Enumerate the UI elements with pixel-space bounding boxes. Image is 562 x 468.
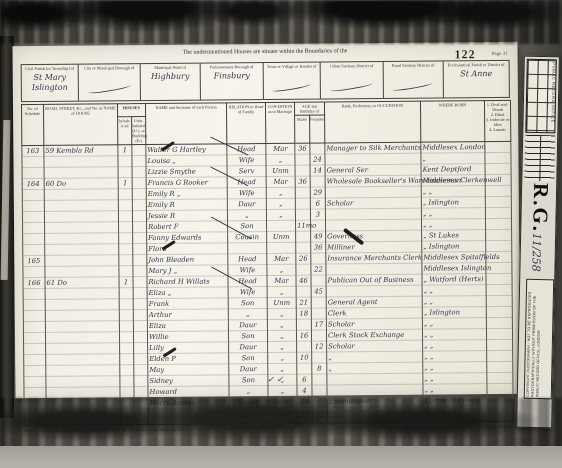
cell-infirm [485,208,511,219]
cell-inhabited [120,376,134,387]
cell-name: Howard [148,386,229,398]
col-header-infirmities: 1. Deaf-and-Dumb 2. Blind 3. Imbecile or… [484,100,510,141]
cell-where_born: „ „ [422,285,486,297]
cell-name: Willie [147,331,228,343]
cell-infirm [486,285,512,296]
public-record-office-label: PUBLIC RECORD OFFICE [550,62,556,123]
cell-where_born: „ St Lukes [422,230,486,242]
cell-age_male [297,341,312,352]
cell-road: 60 Do [44,178,118,190]
cell-inhabited [119,266,133,277]
cell-age_female [311,330,326,341]
cell-road [45,321,119,333]
cell-age_male: 10 [297,352,312,363]
district-value: Highbury [141,72,200,83]
cell-where_born: „ „ [422,329,486,341]
cell-road [45,288,119,300]
cell-condition: Mar [267,275,296,286]
strike-mark [392,80,434,92]
cell-road [45,255,119,267]
cell-relation: Wife [227,155,266,166]
cell-road [45,222,119,234]
strike-mark [87,83,130,95]
cell-condition: Unm [267,231,296,242]
cell-inhabited [119,255,133,266]
cell-name: Eliza „ [147,287,228,299]
cell-age_male [297,363,312,374]
cell-name: Sidney [148,375,229,387]
cell-inhabited: 1 [118,178,132,189]
cell-condition: „ [268,341,297,352]
cell-road [46,387,120,399]
cell-name: Walter G Hartley [146,144,227,156]
cell-uninhabited [133,222,147,233]
cell-name: Emily R „ [146,188,227,200]
cell-age_female: 17 [311,319,326,330]
cell-where_born: „ „ [423,362,487,374]
cell-occupation: Insurance Merchants Clerk [326,252,422,264]
col-header-schedule: No. of Schedule [21,104,43,145]
cell-name: Richard H Willats [147,276,228,288]
reference-number: 11/258 [529,233,543,272]
infirmity-line: 3. Imbecile or Idiot [485,117,510,127]
cell-where_born: Middlesex Spitalfields [422,252,486,264]
cell-uninhabited [133,288,147,299]
cell-infirm [486,274,512,285]
cell-inhabited [120,365,134,376]
cell-age_male: 36 [295,176,310,187]
folio-number: 122 [455,47,476,62]
cell-schedule [23,289,45,300]
cell-where_born: „ Islington [421,197,485,209]
cell-occupation [327,373,423,385]
cell-schedule [23,267,45,278]
cell-name: Mary J „ [147,265,228,277]
cell-schedule: 165 [23,256,45,267]
district-value: St Anne [444,69,509,80]
cell-infirm [487,340,513,351]
census-table-header: No. of Schedule ROAD, STREET, &c., and N… [21,100,510,145]
cell-condition: „ [267,308,296,319]
cell-age_male: 11mo [296,220,311,231]
cell-uninhabited [133,233,147,244]
col-header-age-group: AGE last Birthday of [294,102,324,115]
cell-age_male [296,319,311,330]
cell-relation: Son [228,298,267,309]
cell-relation: „ [229,386,268,397]
scan-smudge-top [0,0,562,44]
cell-inhabited [120,343,134,354]
col-header-relation: RELATION to Head of Family [226,103,265,145]
cell-infirm [485,153,511,164]
cell-name: Elden P [148,353,229,365]
cell-age_female: 6 [310,198,325,209]
cell-infirm [486,296,512,307]
cell-name: Eliza [147,320,228,332]
page-number-label: Page 31 [492,52,508,57]
cell-relation: Daur [229,364,268,375]
cell-uninhabited [132,189,146,200]
cell-where_born: „ „ [422,318,486,330]
cell-relation: Son [228,221,267,232]
district-box: Municipal Ward ofHighbury [141,64,201,101]
cell-condition: „ [266,187,295,198]
cell-inhabited [120,387,134,398]
cell-road [45,332,119,344]
cell-infirm [487,362,513,373]
cell-road [44,189,118,201]
strike-mark [329,81,373,93]
cell-name: John Bleaden [147,254,228,266]
district-box: Parliamentary Borough ofFinsbury [201,63,264,100]
col-header-uninhabited: Unin-habited (U.), or Building (B.) [132,117,146,145]
cell-age_male: 36 [295,143,310,154]
cell-road [46,343,120,355]
cell-age_male: 6 [297,374,312,385]
cell-age_female: 3 [310,209,325,220]
cell-occupation [325,208,421,220]
cell-relation: Son [229,375,268,386]
cell-where_born: „ [421,153,485,165]
district-label: Civil Parish [or Township] of [22,66,78,72]
cell-condition: „ [268,385,297,396]
cell-where_born: „ Islington [422,307,486,319]
cell-relation: Son [229,353,268,364]
cell-schedule: 163 [22,146,44,157]
cell-inhabited [119,299,133,310]
cell-age_male [296,286,311,297]
district-label: Urban Sanitary District of [321,63,383,69]
cell-age_male: 16 [296,330,311,341]
district-grid: Civil Parish [or Township] ofSt Mary Isl… [21,60,510,102]
cell-uninhabited [133,277,147,288]
cell-age_female: 45 [311,286,326,297]
cell-infirm [486,318,512,329]
cell-name: Emily R [146,199,227,211]
cell-infirm [487,384,513,395]
cell-schedule [23,234,45,245]
cell-age_female [311,297,326,308]
cell-age_female [310,143,325,154]
cell-age_female [311,253,326,264]
cell-occupation [325,153,421,165]
col-header-road: ROAD, STREET, &c., and No. or NAME of HO… [43,104,117,146]
cell-relation: „ [228,309,267,320]
cell-uninhabited [133,299,147,310]
cell-road [45,233,119,245]
cell-infirm [485,219,511,230]
cell-age_male [295,198,310,209]
cell-where_born: Middlesex Islington [422,263,486,275]
cell-age_male [296,264,311,275]
cell-schedule [24,355,46,366]
cell-infirm [486,329,512,340]
cell-age_male: 18 [296,308,311,319]
cell-uninhabited [132,178,146,189]
cell-occupation: Publican Out of Business [326,274,422,286]
col-header-age-females: Females [310,115,325,143]
cell-uninhabited [134,365,148,376]
cell-name: Frank [147,298,228,310]
cell-schedule [23,300,45,311]
cell-road [44,156,118,168]
cell-uninhabited [133,255,147,266]
cell-road [44,211,118,223]
cell-schedule: 166 [23,278,45,289]
cell-relation [228,243,267,254]
cell-infirm [485,142,511,153]
cell-relation: Wife [227,188,266,199]
cell-age_female [312,352,327,363]
cell-uninhabited [133,266,147,277]
cell-occupation: „ [327,351,423,363]
cell-inhabited [119,321,133,332]
cell-inhabited [120,354,134,365]
cell-uninhabited [133,321,147,332]
cell-uninhabited [132,167,146,178]
cell-road [45,266,119,278]
archive-reference-strip: PUBLIC RECORD OFFICE R.G. 11/258 COPYRIG… [516,56,560,429]
district-box: Urban Sanitary District of [321,62,384,99]
district-label: Parliamentary Borough of [201,64,263,70]
cell-occupation: General Ser [325,164,421,176]
cell-infirm [486,307,512,318]
cell-age_male: 21 [296,297,311,308]
cell-relation: Head [228,254,267,265]
cell-condition: Mar [267,253,296,264]
district-label: City or Municipal Borough of [79,65,140,71]
cell-condition: Unm [267,297,296,308]
infirmity-line: 1. Deaf-and-Dumb [485,102,510,112]
col-header-condition: CON-DITION as to Marriage [265,102,294,143]
cell-infirm [485,164,511,175]
district-label: Town or Village or Hamlet of [264,64,320,70]
district-value: St Mary Islington [22,73,78,93]
cell-condition: Mar [266,143,295,154]
district-label: Municipal Ward of [141,65,200,71]
cell-condition: „ [266,209,295,220]
cell-uninhabited [132,156,146,167]
cell-road [45,310,119,322]
cell-uninhabited [134,387,148,398]
cell-occupation: Manager to Silk Merchants [325,142,421,154]
cell-name: Arthur [147,309,228,321]
cell-occupation: Clerk Stock Exchange [326,329,422,341]
cell-infirm [487,351,513,362]
scan-lower-margin [0,446,562,468]
cell-where_born: „ Islington [422,241,486,253]
cell-name: Lilly [148,342,229,354]
district-box: Ecclesiastical Parish or District ofSt A… [444,61,510,98]
cell-uninhabited [134,376,148,387]
cell-occupation [326,263,422,275]
district-value: Finsbury [201,71,263,82]
cell-where_born: Kent Deptford [421,164,485,176]
cell-uninhabited [133,244,147,255]
district-label: Ecclesiastical Parish or District of [444,62,509,68]
cell-uninhabited [134,343,148,354]
cell-schedule [22,190,44,201]
cell-age_female [312,374,327,385]
cell-condition: Mar [266,176,295,187]
cell-where_born: „ „ [423,340,487,352]
cell-occupation [327,384,423,396]
cell-age_female: 49 [311,231,326,242]
cell-age_male: 46 [296,275,311,286]
cell-relation: „ [227,210,266,221]
cell-where_born: „ „ [423,373,487,385]
cell-where_born: Middlesex Clerkenwell [421,175,485,187]
cell-inhabited [119,288,133,299]
cell-where_born: „ „ [422,296,486,308]
cell-schedule [23,245,45,256]
cell-inhabited [119,222,133,233]
cell-name: Francis G Rooker [146,177,227,189]
cell-schedule [23,311,45,322]
cell-occupation: Governess [326,230,422,242]
cell-age_female: 8 [312,363,327,374]
cell-name: Robert F [147,221,228,233]
cell-infirm [486,241,512,252]
col-header-houses-group: HOUSES [117,104,145,117]
cell-age_female: 22 [311,264,326,275]
cell-uninhabited [133,332,147,343]
cell-age_female: 29 [310,187,325,198]
cell-age_female [311,275,326,286]
cell-age_male [295,209,310,220]
cell-infirm [485,197,511,208]
cell-inhabited [118,189,132,200]
cell-occupation [325,186,421,198]
cell-where_born: „ „ [421,186,485,198]
cell-inhabited [118,200,132,211]
cell-age_male [295,154,310,165]
cell-condition: „ [267,330,296,341]
cell-uninhabited [133,310,147,321]
cell-uninhabited [132,211,146,222]
copyright-stamp: COPYRIGHT PHOTOGRAPH - NOT TO BE REPRODU… [524,279,555,400]
cell-inhabited [119,233,133,244]
cell-age_male: 26 [296,253,311,264]
cell-schedule [22,168,44,179]
cell-schedule: 164 [22,179,44,190]
infirmity-line: 4. Lunatic [485,127,510,132]
cell-age_male: 4 [297,385,312,396]
cell-schedule [23,333,45,344]
cell-condition: „ [267,286,296,297]
cell-name: Flora [147,243,228,255]
col-header-occupation: Rank, Profession, or OCCUPATION [324,101,420,143]
cell-occupation: Scholar [325,197,421,209]
cell-occupation: Wholesale Bookseller's Warehouseman [325,175,421,187]
cell-age_male [296,242,311,253]
cell-schedule [24,377,46,388]
cell-condition: „ [266,154,295,165]
cell-age_male [296,231,311,242]
cell-schedule [24,366,46,377]
cell-schedule [22,201,44,212]
cell-condition: „ [267,264,296,275]
cell-inhabited [119,244,133,255]
cell-schedule [22,212,44,223]
cell-road [45,299,119,311]
cell-relation: Son [228,331,267,342]
cell-age_male [295,165,310,176]
cell-road [46,376,120,388]
cell-occupation: Scholar [326,318,422,330]
cell-where_born: Middlesex London [421,142,485,154]
cell-age_female [311,308,326,319]
cell-road: 59 Kembla Rd [44,145,118,157]
cell-schedule [22,157,44,168]
cell-name: Fanny Edwards [147,232,228,244]
col-header-inhabited: In-hab-it-ed [118,117,132,145]
cell-road [45,244,119,256]
cell-relation: Daur [229,342,268,353]
cell-age_female: 12 [312,341,327,352]
cell-relation: Daur [227,199,266,210]
cell-infirm [485,186,511,197]
cell-occupation: „ [327,362,423,374]
cell-condition: Unm [266,165,295,176]
cell-condition: „ [268,352,297,363]
film-ruler-ticks [524,135,555,182]
scanned-census-image: The undermentioned Houses are situate wi… [0,0,562,468]
cell-where_born: „ Watford (Herts) [422,274,486,286]
cell-where_born: „ „ [423,384,487,396]
cell-inhabited: 1 [118,145,132,156]
cell-relation: Serv [227,166,266,177]
cell-uninhabited [134,354,148,365]
cell-relation: Wife [228,287,267,298]
cell-age_female [310,176,325,187]
cell-where_born: „ „ [421,208,485,220]
cell-occupation: Scholar [327,340,423,352]
cell-condition [267,242,296,253]
col-header-where-born: WHERE BORN [420,101,484,143]
cell-occupation [326,219,422,231]
cell-age_male [295,187,310,198]
cell-inhabited: 1 [119,277,133,288]
district-box: City or Municipal Borough of [79,64,141,101]
cell-condition [267,220,296,231]
cell-occupation: General Agent [326,296,422,308]
cell-occupation: Clerk [326,307,422,319]
col-header-age-males: Males [295,115,310,143]
cell-where_born: „ „ [422,219,486,231]
cell-schedule [24,344,46,355]
cell-uninhabited [132,200,146,211]
cell-inhabited [119,332,133,343]
cell-inhabited [118,156,132,167]
cell-relation: Wife [228,265,267,276]
cell-condition: „ [266,198,295,209]
cell-age_female: 14 [310,165,325,176]
cell-schedule [23,322,45,333]
cell-inhabited [119,310,133,321]
census-table-body: 16359 Kembla Rd1Walter G HartleyHeadMar3… [22,142,513,410]
cell-relation: Daur [228,320,267,331]
cell-inhabited [118,211,132,222]
film-ruler-grid: PUBLIC RECORD OFFICE [525,59,557,134]
cell-inhabited [118,167,132,178]
cell-where_born: „ „ [423,351,487,363]
cell-road [46,354,120,366]
strike-mark [272,82,311,93]
cell-age_female [312,385,327,396]
district-box: Town or Village or Hamlet of [264,63,321,99]
cell-occupation [326,285,422,297]
